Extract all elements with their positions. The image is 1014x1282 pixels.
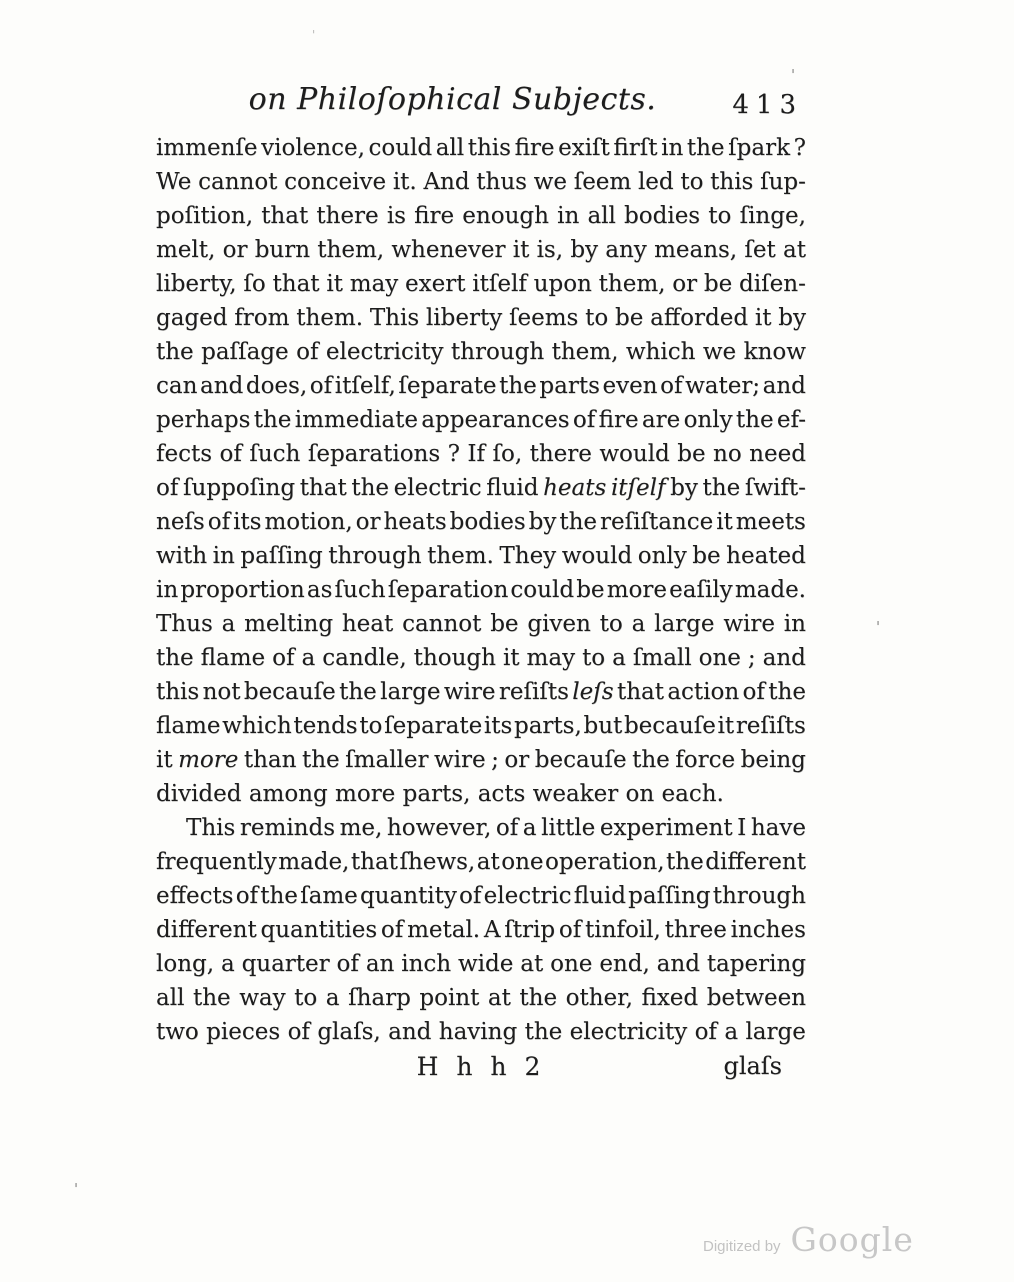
word: and: [200, 369, 243, 403]
word: them,: [317, 233, 384, 267]
word: ;: [748, 641, 756, 675]
word: heated: [726, 539, 806, 573]
word: all: [436, 131, 464, 165]
word: by: [778, 301, 806, 335]
word: in: [661, 131, 683, 165]
word: This: [370, 301, 419, 335]
word: heats: [383, 505, 446, 539]
word: If: [467, 437, 485, 471]
word: having: [439, 1015, 517, 1049]
word: inches: [731, 913, 806, 947]
word: one: [550, 947, 592, 981]
word: meets: [736, 505, 806, 539]
word: ſpark: [728, 131, 790, 165]
word: would: [562, 539, 632, 573]
word: This: [186, 811, 235, 845]
word: the: [302, 743, 340, 777]
word: it: [156, 743, 173, 777]
word: of: [156, 471, 178, 505]
word: long,: [156, 947, 214, 981]
text-line: effectsoftheſamequantityofelectricfluidp…: [156, 879, 806, 913]
word: wire: [723, 607, 775, 641]
word: ſeparate: [398, 369, 496, 403]
word: ſhews,: [399, 845, 475, 879]
word: large: [654, 607, 714, 641]
word: this: [468, 131, 511, 165]
word: may: [350, 267, 399, 301]
word: in: [557, 199, 579, 233]
word: flame: [201, 641, 265, 675]
word: electricity: [326, 335, 444, 369]
word: the: [632, 743, 670, 777]
word: may: [527, 641, 576, 675]
word: in: [784, 607, 806, 641]
word: neſs: [156, 505, 205, 539]
word: ſmaller: [345, 743, 428, 777]
word: fire: [414, 199, 454, 233]
word: by: [570, 233, 598, 267]
word: through: [451, 335, 544, 369]
word: whenever: [391, 233, 505, 267]
word: ſuch: [335, 573, 386, 607]
word: parts,: [514, 709, 582, 743]
text-line: long,aquarterofaninchwideatoneend,andtap…: [156, 947, 806, 981]
word: or: [356, 505, 381, 539]
word: reminds: [240, 811, 335, 845]
word: liberty: [426, 301, 502, 335]
google-logo: Google: [791, 1220, 914, 1259]
word: melting: [244, 607, 333, 641]
word: can: [156, 369, 197, 403]
word: quarter: [242, 947, 330, 981]
word: that: [617, 675, 664, 709]
word: being: [741, 743, 806, 777]
word: of: [573, 403, 595, 437]
word: Thus: [156, 607, 213, 641]
word: little: [541, 811, 595, 845]
word: in: [156, 573, 178, 607]
word: that: [300, 471, 347, 505]
word: ſmall: [633, 641, 692, 675]
text-line: flamewhichtendstoſeparateitsparts,butbec…: [156, 709, 806, 743]
word: with: [156, 539, 207, 573]
word: the: [260, 879, 298, 913]
word: we: [703, 335, 736, 369]
word: ſeems: [509, 301, 578, 335]
word: electric: [394, 471, 482, 505]
word: know: [744, 335, 806, 369]
word: them.: [296, 301, 363, 335]
word: a: [612, 641, 626, 675]
word: ſeparations: [308, 437, 440, 471]
text-line: poſition,thatthereisfireenoughinallbodie…: [156, 199, 806, 233]
word: other,: [566, 981, 633, 1015]
word: the: [339, 675, 377, 709]
word: large: [745, 1015, 805, 1049]
word: the: [703, 471, 741, 505]
digitized-watermark: Digitized by Google: [703, 1220, 914, 1259]
word: a: [302, 641, 316, 675]
word: reſiſts: [736, 709, 806, 743]
word: bodies: [624, 199, 700, 233]
word: thus: [476, 165, 527, 199]
word: wide: [458, 947, 513, 981]
word: to: [294, 981, 317, 1015]
word: ſeem: [574, 165, 632, 199]
word: the: [193, 981, 231, 1015]
running-header-title: on Philoſophical Subjects.: [155, 82, 750, 117]
word: only: [684, 403, 733, 437]
word: experiment: [600, 811, 733, 845]
text-line: Thusameltingheatcannotbegiventoalargewir…: [156, 607, 806, 641]
word: of: [695, 1015, 717, 1049]
word: proportion: [180, 573, 304, 607]
word: heat: [342, 607, 393, 641]
body-text-block: immenſeviolence,couldallthisfireexiſtfir…: [156, 131, 806, 1049]
word: becauſe: [244, 675, 336, 709]
word: made.: [735, 573, 806, 607]
word: of: [208, 505, 230, 539]
word: of: [381, 913, 403, 947]
word: quantity: [360, 879, 457, 913]
word: of: [310, 369, 332, 403]
word: all: [587, 199, 615, 233]
word: through: [713, 879, 806, 913]
word: ſinge,: [740, 199, 806, 233]
word: would: [599, 437, 669, 471]
word: itſelf,: [335, 369, 396, 403]
word: to: [680, 165, 703, 199]
scan-speck: ': [74, 1180, 78, 1198]
word: its: [484, 709, 512, 743]
word: acts: [478, 777, 526, 811]
word: of: [660, 369, 682, 403]
text-line: withinpaſſingthroughthem.Theywouldonlybe…: [156, 539, 806, 573]
text-line: Wecannotconceiveit.Andthusweſeemledtothi…: [156, 165, 806, 199]
word: to: [708, 199, 731, 233]
word: wire: [444, 675, 496, 709]
word: by: [670, 471, 698, 505]
word: fluid: [574, 879, 626, 913]
word: paſſing: [240, 539, 322, 573]
text-line: ofſuppoſingthattheelectricfluidheatsitſe…: [156, 471, 806, 505]
word: at: [783, 233, 806, 267]
word: does,: [246, 369, 307, 403]
text-line: divided among more parts, acts weaker on…: [156, 777, 806, 811]
text-line: neſsofitsmotion,orheatsbodiesbythereſiſt…: [156, 505, 806, 539]
word: from: [234, 301, 289, 335]
word: any: [605, 233, 647, 267]
word: itſelf: [472, 267, 527, 301]
word: three: [665, 913, 727, 947]
word: of: [220, 437, 242, 471]
word: tinfoil,: [585, 913, 661, 947]
text-line: thepaſſageofelectricitythroughthem,which…: [156, 335, 806, 369]
word: though: [414, 641, 496, 675]
word: be: [615, 301, 643, 335]
word: to: [359, 709, 382, 743]
word: of: [496, 811, 518, 845]
word: at: [477, 845, 500, 879]
word: this: [710, 165, 753, 199]
text-line: melt,orburnthem,wheneveritis,byanymeans,…: [156, 233, 806, 267]
word: frequently: [156, 845, 277, 879]
word: A: [484, 913, 501, 947]
word: that: [351, 845, 398, 879]
scan-speck: ': [876, 618, 880, 636]
word: which: [626, 335, 696, 369]
word: to: [585, 301, 608, 335]
word: diſen-: [739, 267, 806, 301]
word: of: [272, 641, 294, 675]
word: in: [213, 539, 235, 573]
word: different: [705, 845, 806, 879]
text-line: theflameofacandle,thoughitmaytoaſmallone…: [156, 641, 806, 675]
word: two: [156, 1015, 199, 1049]
word: be: [704, 267, 732, 301]
word: We: [156, 165, 191, 199]
word: conceive: [284, 165, 386, 199]
word: the: [525, 1015, 563, 1049]
catchword: glaſs: [723, 1052, 782, 1080]
word: tends: [293, 709, 357, 743]
word: of: [337, 947, 359, 981]
word: its: [233, 505, 261, 539]
word: it.: [393, 165, 417, 199]
word: leſs: [572, 675, 613, 709]
text-line: fectsofſuchſeparations?Ifſo,therewouldbe…: [156, 437, 806, 471]
page-number: 413: [732, 90, 803, 120]
word: all: [156, 981, 184, 1015]
word: ſo: [243, 267, 265, 301]
word: be: [576, 573, 604, 607]
word: are: [642, 403, 680, 437]
word: effects: [156, 879, 234, 913]
word: me,: [340, 811, 383, 845]
scan-speck: ': [312, 28, 315, 42]
text-line: allthewaytoaſharppointattheother,fixedbe…: [156, 981, 806, 1015]
word: flame: [156, 709, 220, 743]
word: there: [530, 437, 592, 471]
word: and: [388, 1015, 431, 1049]
word: immediate: [295, 403, 418, 437]
word: the: [736, 403, 774, 437]
word: ſeparation: [388, 573, 509, 607]
word: a: [221, 947, 235, 981]
word: upon: [534, 267, 592, 301]
word: divided: [156, 777, 242, 811]
word: than: [244, 743, 297, 777]
word: it: [513, 233, 530, 267]
word: at: [520, 947, 543, 981]
word: be: [692, 539, 720, 573]
word: is: [387, 199, 406, 233]
word: reſiſts: [499, 675, 569, 709]
word: parts: [539, 369, 599, 403]
word: the: [519, 981, 557, 1015]
word: ſwift-: [745, 471, 806, 505]
word: the: [687, 131, 725, 165]
word: weaker: [533, 777, 619, 811]
word: electricity: [570, 1015, 688, 1049]
word: violence,: [261, 131, 365, 165]
word: tapering: [707, 947, 806, 981]
word: means,: [654, 233, 737, 267]
word: gaged: [156, 301, 228, 335]
word: burn: [255, 233, 310, 267]
word: immenſe: [156, 131, 258, 165]
word: ſharp: [348, 981, 411, 1015]
word: ſuch: [249, 437, 300, 471]
scan-speck: ': [791, 66, 795, 84]
word: the: [666, 845, 704, 879]
word: a: [523, 811, 537, 845]
word: cannot: [198, 165, 277, 199]
word: this: [156, 675, 199, 709]
word: made,: [278, 845, 349, 879]
word: ſeparate: [384, 709, 482, 743]
word: I: [737, 811, 746, 845]
word: is,: [537, 233, 563, 267]
text-line: thisnotbecauſethelargewirereſiſtsleſstha…: [156, 675, 806, 709]
word: appearances: [421, 403, 569, 437]
word: it: [503, 641, 520, 675]
word: wire: [434, 743, 486, 777]
word: operation,: [545, 845, 664, 879]
word: ſup-: [760, 165, 806, 199]
word: of: [288, 1015, 310, 1049]
word: metal.: [407, 913, 480, 947]
word: the: [156, 641, 194, 675]
word: itſelf: [611, 471, 666, 505]
word: of: [459, 879, 481, 913]
word: end,: [599, 947, 649, 981]
word: them.: [427, 539, 494, 573]
text-line: itmorethantheſmallerwire;orbecauſethefor…: [156, 743, 806, 777]
word: not: [203, 675, 241, 709]
word: electric: [484, 879, 572, 913]
word: more: [607, 573, 667, 607]
word: ;: [491, 743, 499, 777]
word: or: [223, 233, 248, 267]
word: that: [261, 199, 308, 233]
word: melt,: [156, 233, 215, 267]
word: ſame: [300, 879, 358, 913]
page-header: on Philoſophical Subjects. 413: [155, 82, 805, 124]
word: each.: [662, 777, 724, 811]
text-line: twopiecesofglaſs,andhavingtheelectricity…: [156, 1015, 806, 1049]
text-line: inproportionasſuchſeparationcouldbemoree…: [156, 573, 806, 607]
word: or: [672, 267, 697, 301]
word: at: [488, 981, 511, 1015]
word: exert: [405, 267, 465, 301]
word: it: [326, 267, 343, 301]
word: ?: [794, 131, 806, 165]
word: however,: [387, 811, 491, 845]
word: becauſe: [535, 743, 627, 777]
word: could: [510, 573, 574, 607]
word: a: [222, 607, 236, 641]
word: And: [423, 165, 469, 199]
word: between: [707, 981, 806, 1015]
word: candle,: [322, 641, 406, 675]
word: action: [667, 675, 739, 709]
word: of: [559, 913, 581, 947]
word: enough: [462, 199, 549, 233]
word: ſet: [744, 233, 775, 267]
word: be: [490, 607, 518, 641]
word: there: [316, 199, 378, 233]
word: ef-: [777, 403, 806, 437]
word: more: [335, 777, 395, 811]
word: that: [273, 267, 320, 301]
word: them,: [552, 335, 619, 369]
text-line: immenſeviolence,couldallthisfireexiſtfir…: [156, 131, 806, 165]
word: them,: [599, 267, 666, 301]
word: led: [638, 165, 674, 199]
word: only: [638, 539, 687, 573]
word: given: [527, 607, 591, 641]
text-line: perhapstheimmediateappearancesoffireareo…: [156, 403, 806, 437]
word: one: [501, 845, 543, 879]
text-line: cananddoes,ofitſelf,ſeparatethepartseven…: [156, 369, 806, 403]
word: different: [156, 913, 257, 947]
word: no: [713, 437, 742, 471]
word: eaſily: [669, 573, 733, 607]
word: it: [755, 301, 772, 335]
word: it: [718, 709, 735, 743]
word: ?: [448, 437, 460, 471]
word: a: [724, 1015, 738, 1049]
text-line: gagedfromthem.Thislibertyſeemstobeafford…: [156, 301, 806, 335]
word: ſuppoſing: [183, 471, 295, 505]
word: ſtrip: [504, 913, 555, 947]
word: ſo,: [492, 437, 522, 471]
word: through: [328, 539, 421, 573]
word: glaſs,: [317, 1015, 380, 1049]
word: and: [763, 369, 806, 403]
word: the: [768, 675, 806, 709]
word: or: [504, 743, 529, 777]
scanned-book-page: on Philoſophical Subjects. 413 immenſevi…: [0, 0, 1014, 1282]
word: afforded: [650, 301, 748, 335]
watermark-prefix-label: Digitized by: [703, 1238, 781, 1255]
word: pieces: [206, 1015, 280, 1049]
word: the: [499, 369, 537, 403]
word: to: [582, 641, 605, 675]
word: fire: [599, 403, 639, 437]
word: bodies: [450, 505, 526, 539]
page-footer: H h h 2 glaſs: [156, 1052, 806, 1090]
word: it: [716, 505, 733, 539]
word: quantities: [260, 913, 377, 947]
text-line: frequentlymade,thatſhews,atoneoperation,…: [156, 845, 806, 879]
text-line: Thisremindsme,however,ofalittleexperimen…: [156, 811, 806, 845]
word: reſiſtance: [600, 505, 713, 539]
word: cannot: [402, 607, 481, 641]
text-line: differentquantitiesofmetal.Aſtripoftinfo…: [156, 913, 806, 947]
word: on: [626, 777, 655, 811]
word: and: [657, 947, 700, 981]
word: water;: [685, 369, 760, 403]
word: the: [156, 335, 194, 369]
word: and: [763, 641, 806, 675]
word: a: [326, 981, 340, 1015]
word: poſition,: [156, 199, 253, 233]
word: a: [632, 607, 646, 641]
word: force: [675, 743, 735, 777]
word: as: [307, 573, 333, 607]
